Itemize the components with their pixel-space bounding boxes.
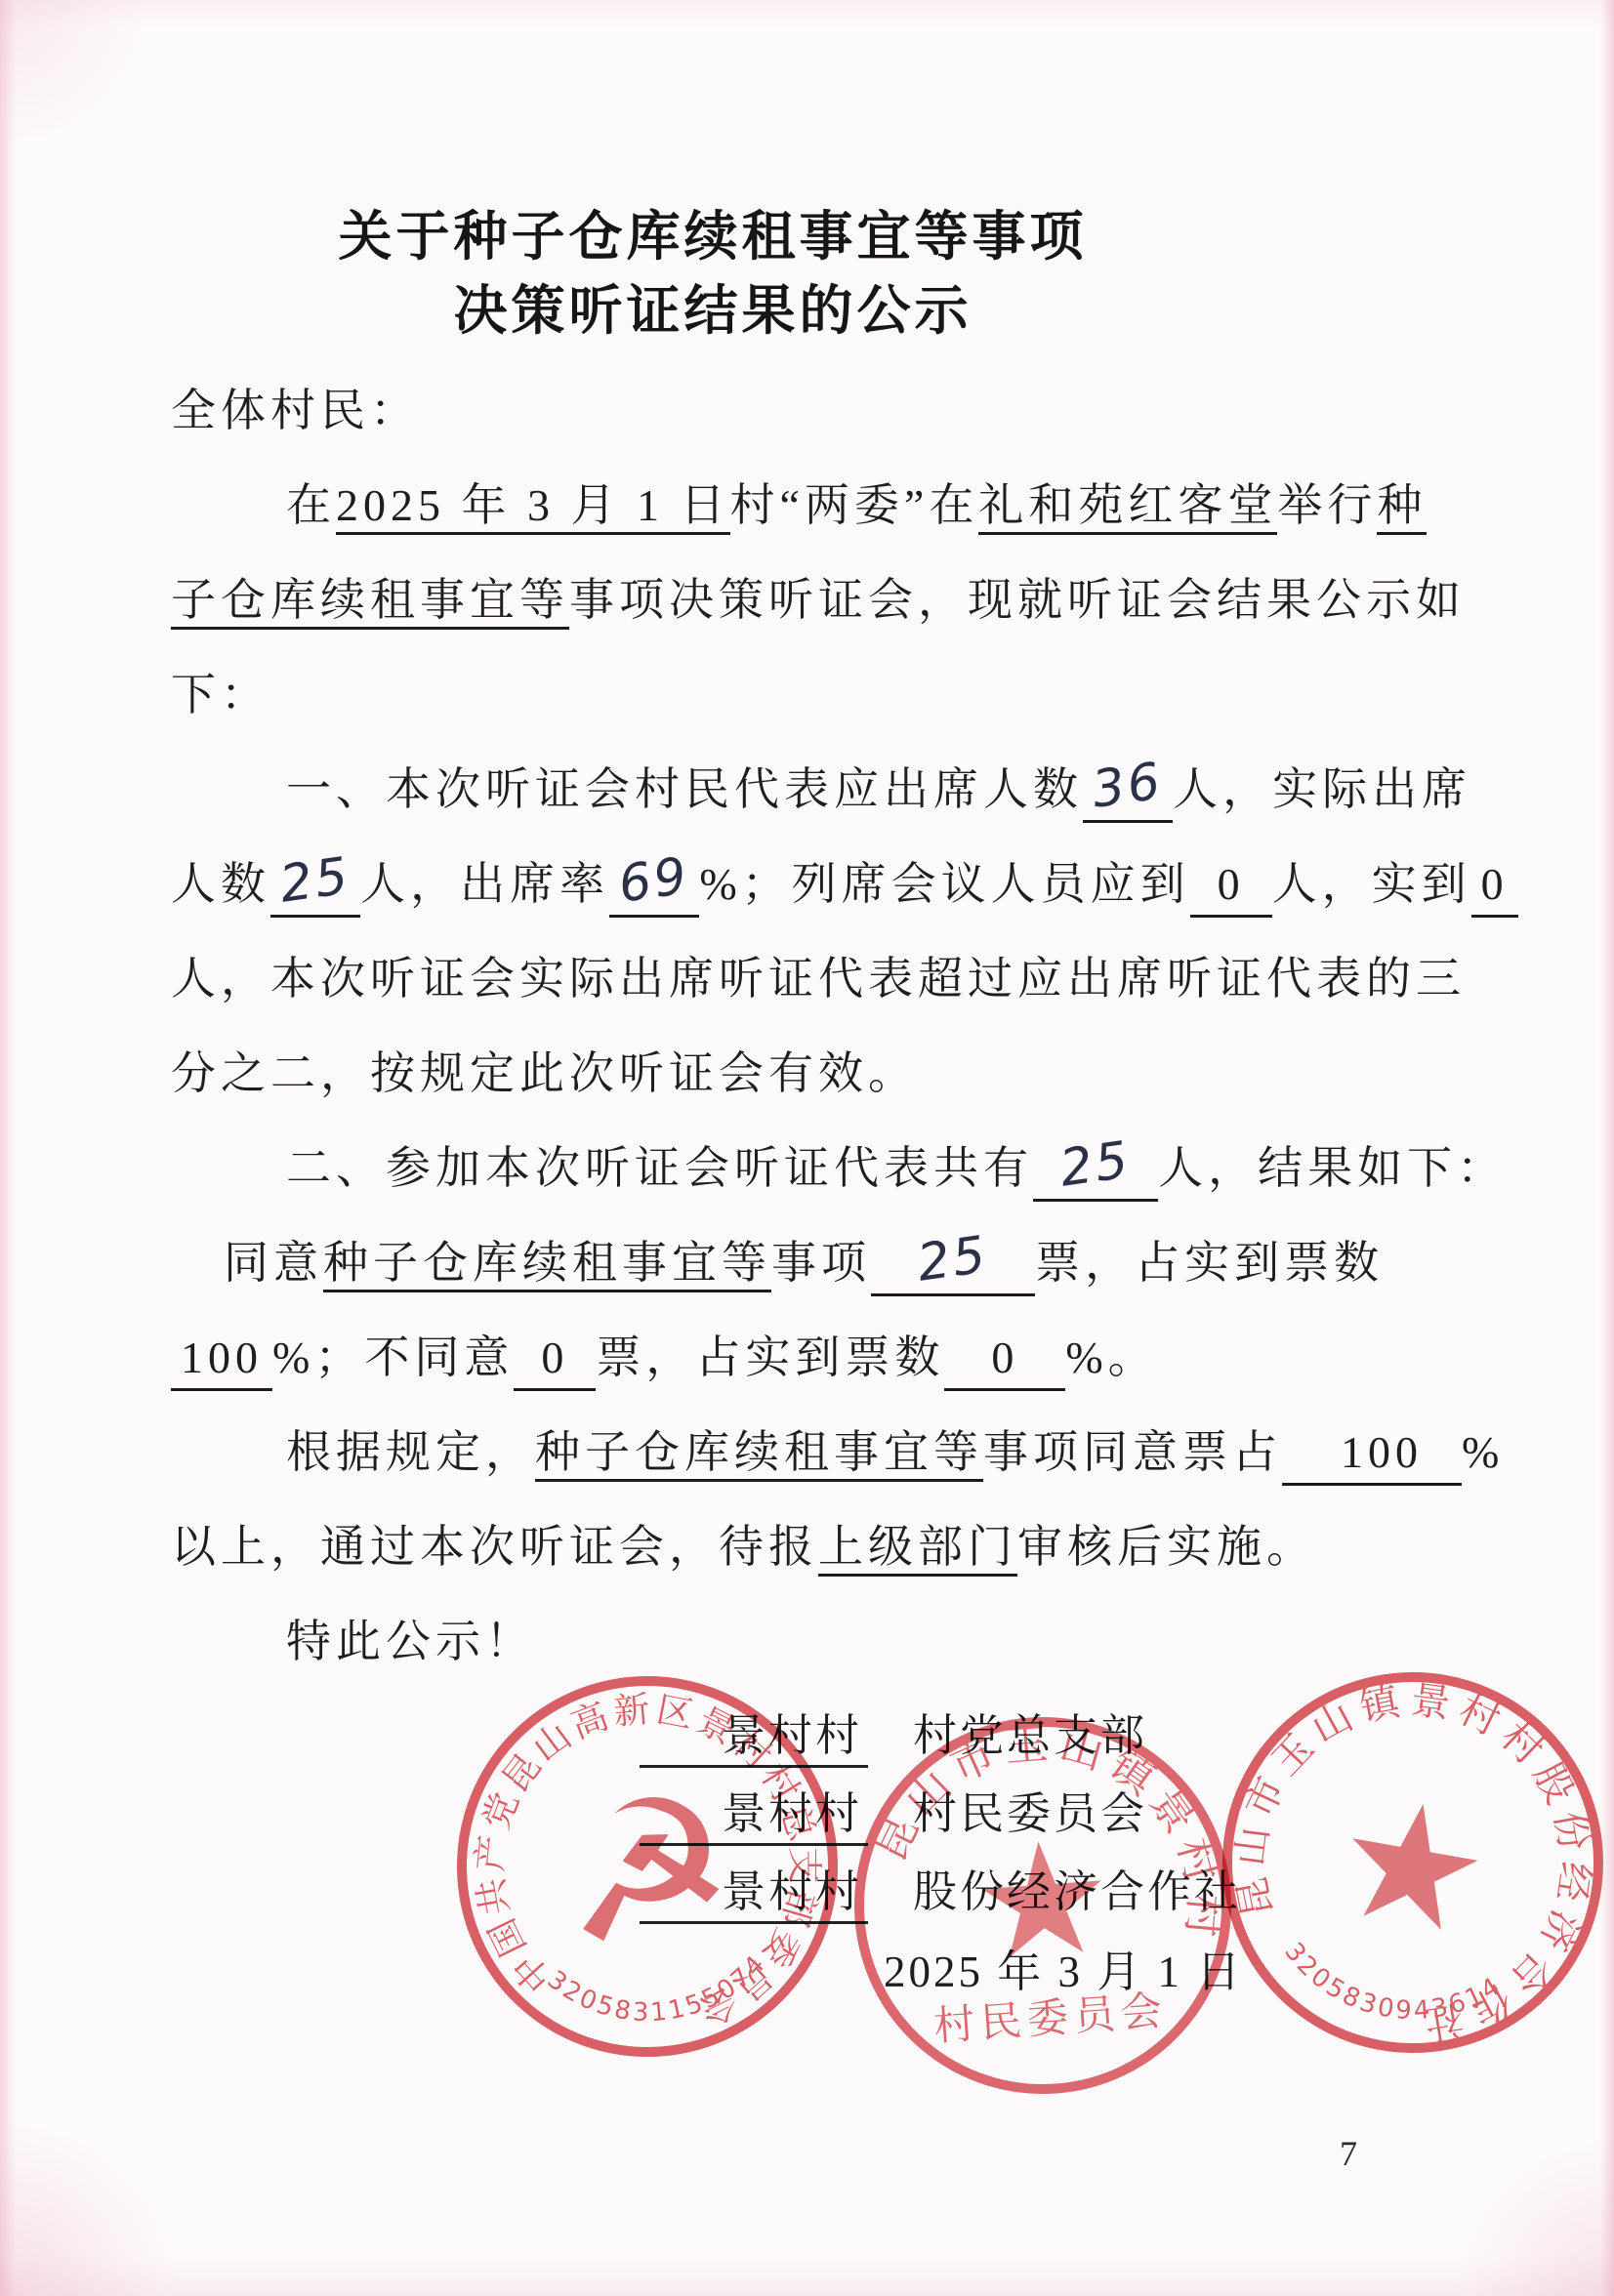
text-segment: 事项决策听证会，现就听证会结果公示如 — [569, 575, 1466, 625]
filled-blank: 100 — [171, 1330, 272, 1391]
text-segment: 在 — [286, 480, 336, 530]
text-segment: 一、本次听证会村民代表应出席人数 — [286, 764, 1083, 814]
handwritten-number: 25 — [1056, 1131, 1135, 1197]
handwritten-number: 25 — [914, 1226, 992, 1291]
text-segment: 分之二，按规定此次听证会有效。 — [171, 1048, 918, 1098]
underlined-matter: 种子仓库续租事宜等 — [323, 1238, 771, 1292]
body-line-4: 一、本次听证会村民代表应出席人数36人，实际出席 — [171, 742, 1469, 837]
underlined-matter: 子仓库续租事宜等 — [171, 575, 569, 630]
body-line-6: 人，本次听证会实际出席听证代表超过应出席听证代表的三 — [171, 931, 1469, 1026]
text-segment: 票，占实到票数 — [1035, 1238, 1384, 1288]
body-line-9: 同意种子仓库续租事宜等事项25票，占实到票数 — [171, 1215, 1469, 1310]
text-segment: 事项 — [771, 1238, 871, 1288]
text-segment: 村“两委”在 — [730, 480, 979, 530]
seal-bottom-text: 村民委员会 — [932, 1988, 1170, 2050]
body-line-7: 分之二，按规定此次听证会有效。 — [171, 1026, 1469, 1121]
star-icon: ★ — [967, 1810, 1119, 1993]
body-line-2: 子仓库续租事宜等事项决策听证会，现就听证会结果公示如 — [171, 553, 1469, 647]
hammer-sickle-icon: ☭ — [554, 1761, 742, 1986]
text-segment: 二、参加本次听证会听证代表共有 — [286, 1143, 1033, 1193]
text-segment: 票，占实到票数 — [596, 1332, 944, 1382]
filled-blank: 0 — [944, 1330, 1065, 1391]
underlined-authority: 上级部门 — [818, 1522, 1017, 1577]
handwritten-number: 25 — [276, 847, 354, 913]
filled-blank: 0 — [514, 1330, 596, 1391]
text-segment: 特此公示！ — [286, 1617, 535, 1666]
text-segment: 以上，通过本次听证会，待报 — [171, 1522, 818, 1572]
filled-blank: 69 — [609, 854, 699, 918]
text-segment: 审核后实施。 — [1017, 1522, 1316, 1572]
text-segment: 人，本次听证会实际出席听证代表超过应出席听证代表的三 — [171, 954, 1466, 1004]
scanned-notice-page: 关于种子仓库续租事宜等事项 决策听证结果的公示 全体村民： 在2025 年 3 … — [0, 0, 1614, 2296]
text-segment: 人数 — [171, 859, 270, 909]
document-title: 关于种子仓库续租事宜等事项 决策听证结果的公示 — [171, 200, 1255, 348]
body-line-3: 下： — [171, 647, 1469, 742]
text-segment: 人，结果如下： — [1158, 1143, 1507, 1193]
text-segment: %。 — [1065, 1332, 1157, 1382]
body-line-12: 以上，通过本次听证会，待报上级部门审核后实施。 — [171, 1499, 1469, 1594]
title-line-2: 决策听证结果的公示 — [171, 274, 1255, 348]
text-segment: %；不同意 — [272, 1332, 514, 1382]
text-segment: 人，实际出席 — [1173, 764, 1471, 814]
document-body: 全体村民： 在2025 年 3 月 1 日村“两委”在礼和苑红客堂举行种 子仓库… — [171, 363, 1469, 1689]
body-line-11: 根据规定，种子仓库续租事宜等事项同意票占100% — [171, 1405, 1469, 1499]
star-icon: ★ — [1323, 1764, 1502, 1971]
text-segment: 事项同意票占 — [983, 1427, 1282, 1477]
filled-blank: 0 — [1190, 856, 1272, 918]
body-line-8: 二、参加本次听证会听证代表共有25人，结果如下： — [171, 1121, 1469, 1215]
text-segment: 人，实到 — [1272, 859, 1471, 909]
underlined-matter: 种子仓库续租事宜等 — [535, 1427, 983, 1482]
filled-blank: 100 — [1282, 1424, 1462, 1486]
underlined-matter: 种 — [1377, 480, 1427, 535]
underlined-venue: 礼和苑红客堂 — [978, 480, 1277, 535]
text-segment: 下： — [171, 670, 270, 719]
body-line-1: 在2025 年 3 月 1 日村“两委”在礼和苑红客堂举行种 — [171, 458, 1469, 553]
salutation: 全体村民： — [171, 363, 1469, 458]
filled-blank: 36 — [1083, 759, 1173, 823]
text-segment: %；列席会议人员应到 — [699, 859, 1189, 909]
text-segment: 根据规定， — [286, 1427, 535, 1477]
filled-blank: 25 — [1033, 1138, 1158, 1202]
title-line-1: 关于种子仓库续租事宜等事项 — [171, 200, 1255, 274]
text-segment: 人，出席率 — [360, 859, 609, 909]
text-segment: % — [1462, 1427, 1504, 1477]
filled-blank: 25 — [871, 1233, 1035, 1296]
body-line-10: 100%；不同意0票，占实到票数0%。 — [171, 1310, 1469, 1405]
handwritten-number: 36 — [1089, 753, 1167, 818]
filled-blank: 0 — [1471, 856, 1518, 918]
text-segment: 举行 — [1277, 480, 1377, 530]
filled-blank: 25 — [270, 854, 360, 918]
cooperative-seal: 昆山市玉山镇景村村股份经济合作社 ★ 3205830943614 — [1186, 1636, 1614, 2088]
underlined-date: 2025 年 3 月 1 日 — [336, 480, 730, 535]
village-committee-seal: 昆山市玉山镇景村村 ★ 村民委员会 — [835, 1698, 1252, 2114]
party-branch-seal: 中国共产党昆山高新区景村村总支部委员会 ☭ 3205831155074 — [435, 1655, 858, 2077]
handwritten-number: 69 — [615, 847, 693, 913]
salutation-text: 全体村民： — [171, 386, 420, 435]
body-line-5: 人数25人，出席率69%；列席会议人员应到0人，实到0 — [171, 837, 1469, 931]
page-number: 7 — [1340, 2133, 1358, 2174]
text-segment: 同意 — [224, 1238, 323, 1288]
